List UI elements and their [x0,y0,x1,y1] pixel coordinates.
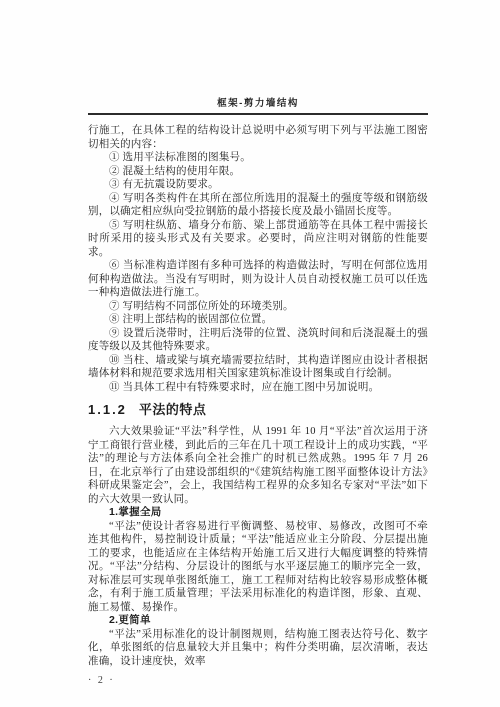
subsection-paragraph-1: “平法”使设计者容易进行平衡调整、易校审、易修改，改图可不牵连其他构件，易控制设… [88,520,428,615]
list-item-8: ⑧ 注明上部结构的嵌固部位位置。 [88,313,428,327]
page-body: 行施工，在具体工程的结构设计总说明中必须写明下列与平法施工图密切相关的内容： ①… [88,124,428,668]
section-heading: 1.1.2平法的特点 [88,402,428,418]
header-rule [88,113,428,115]
section-number: 1.1.2 [88,402,127,417]
list-item-7: ⑦ 写明结构不同部位所处的环境类别。 [88,300,428,314]
subheading-2: 2.更简单 [88,614,428,628]
section-paragraph-1: 六大效果验证“平法”科学性，从 1991 年 10 月“平法”首次运用于济宁工商… [88,425,428,506]
page-header: 框架-剪力墙结构 [88,0,428,115]
list-item-6: ⑥ 当标准构造详图有多种可选择的构造做法时，写明在何部位选用何种构造做法。当没有… [88,259,428,300]
subsection-paragraph-2: “平法”采用标准化的设计制图规则，结构施工图表达符号化、数字化，单张图纸的信息量… [88,628,428,669]
list-item-1: ① 选用平法标准图的图集号。 [88,151,428,165]
page-number: · 2 · [88,675,428,686]
list-item-2: ② 混凝土结构的使用年限。 [88,165,428,179]
running-title: 框架-剪力墙结构 [88,95,428,109]
list-item-11: ⑪ 当具体工程中有特殊要求时，应在施工图中另加说明。 [88,381,428,395]
subheading-1: 1.掌握全局 [88,506,428,520]
section-title: 平法的特点 [139,402,207,417]
list-item-3: ③ 有无抗震设防要求。 [88,178,428,192]
paragraph-continuation: 行施工，在具体工程的结构设计总说明中必须写明下列与平法施工图密切相关的内容： [88,124,428,151]
list-item-10: ⑩ 当柱、墙或梁与填充墙需要拉结时，其构造详图应由设计者根据墙体材料和规范要求选… [88,354,428,381]
list-item-5: ⑤ 写明柱纵筋、墙身分布筋、梁上部贯通筋等在具体工程中需接长时所采用的接头形式及… [88,219,428,260]
list-item-4: ④ 写明各类构件在其所在部位所选用的混凝土的强度等级和钢筋级别，以确定相应纵向受… [88,192,428,219]
list-item-9: ⑨ 设置后浇带时，注明后浇带的位置、浇筑时间和后浇混凝土的强度等级以及其他特殊要… [88,327,428,354]
book-page: 框架-剪力墙结构 行施工，在具体工程的结构设计总说明中必须写明下列与平法施工图密… [0,0,500,707]
